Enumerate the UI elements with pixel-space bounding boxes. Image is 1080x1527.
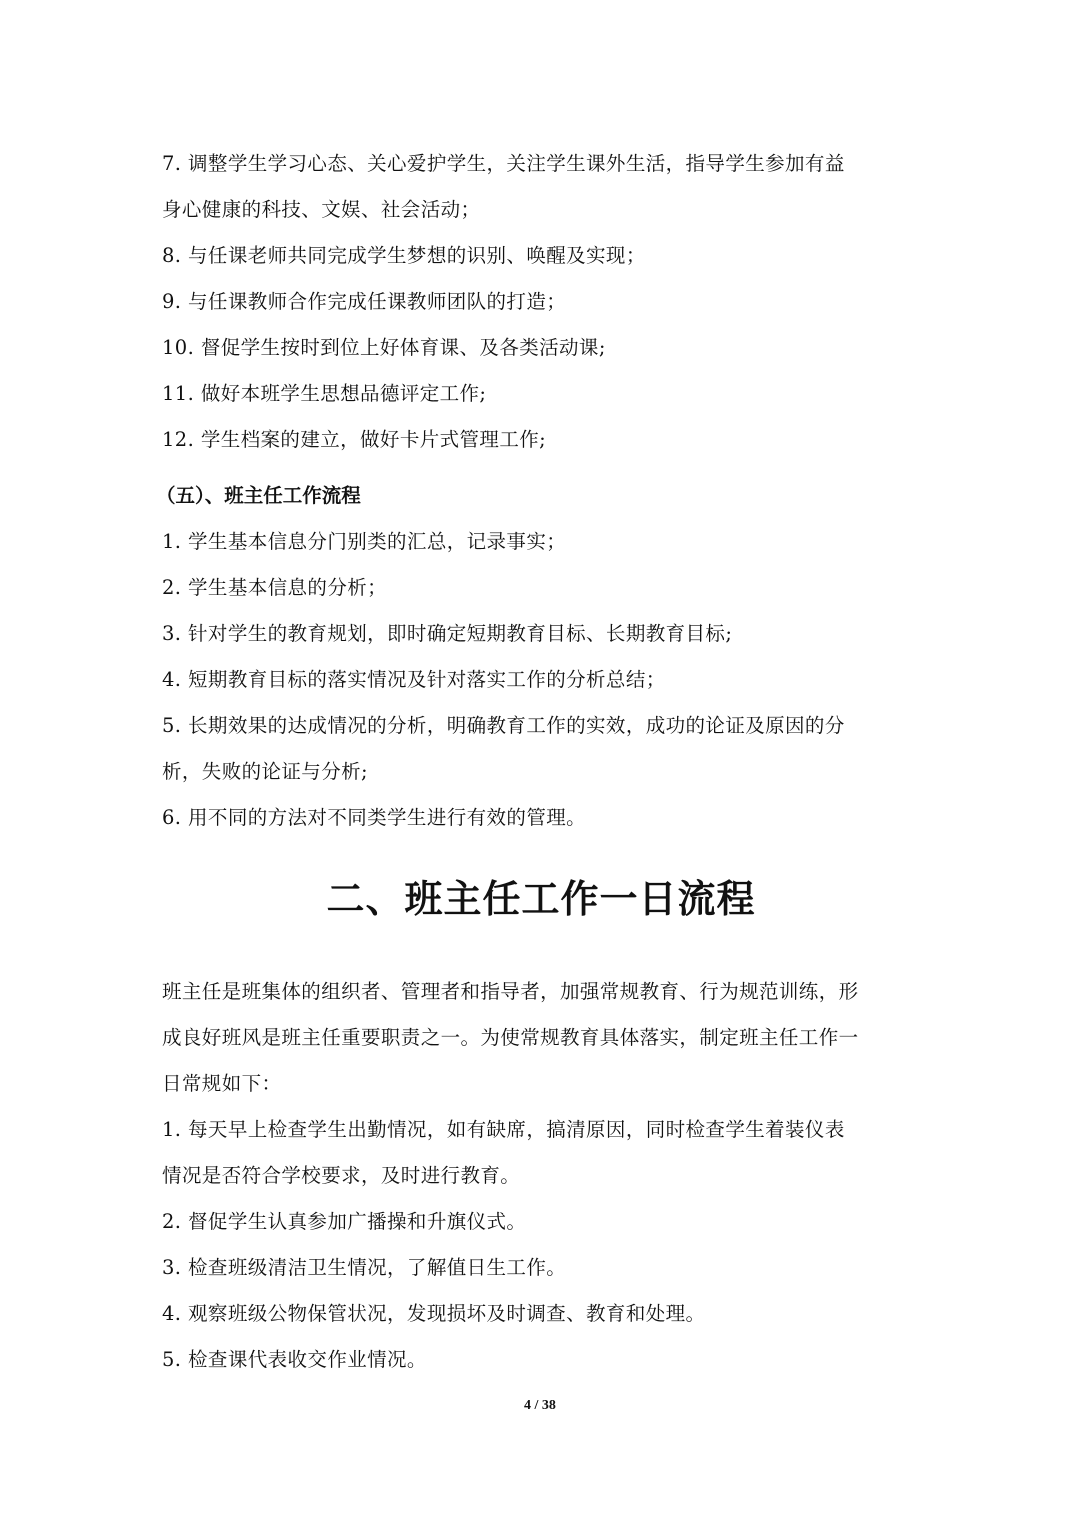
list-item: 2. 督促学生认真参加广播操和升旗仪式。: [162, 1199, 920, 1245]
paragraph-line: 成良好班风是班主任重要职责之一。为使常规教育具体落实，制定班主任工作一: [162, 1015, 920, 1061]
item-number: 9.: [162, 290, 181, 313]
item-number: 8.: [162, 244, 181, 267]
item-text: 检查课代表收交作业情况。: [188, 1348, 427, 1371]
intro-paragraph: 班主任是班集体的组织者、管理者和指导者，加强常规教育、行为规范训练，形 成良好班…: [162, 969, 920, 1107]
list-item: 11. 做好本班学生思想品德评定工作;: [162, 371, 920, 417]
document-page: 7. 调整学生学习心态、关心爱护学生，关注学生课外生活，指导学生参加有益 身心健…: [0, 0, 1080, 1527]
item-number: 11.: [162, 382, 194, 405]
item-number: 2.: [162, 576, 181, 599]
daily-routine-list: 1. 每天早上检查学生出勤情况，如有缺席，搞清原因，同时检查学生着装仪表 情况是…: [162, 1107, 920, 1383]
list-item: 1. 每天早上检查学生出勤情况，如有缺席，搞清原因，同时检查学生着装仪表: [162, 1107, 920, 1153]
list-item: 7. 调整学生学习心态、关心爱护学生，关注学生课外生活，指导学生参加有益: [162, 141, 920, 187]
item-number: 12.: [162, 428, 194, 451]
item-number: 4.: [162, 1302, 181, 1325]
page-content: 7. 调整学生学习心态、关心爱护学生，关注学生课外生活，指导学生参加有益 身心健…: [162, 141, 920, 1383]
list-item: 5. 长期效果的达成情况的分析，明确教育工作的实效，成功的论证及原因的分: [162, 703, 920, 749]
list-item: 1. 学生基本信息分门别类的汇总，记录事实；: [162, 519, 920, 565]
list-item: 5. 检查课代表收交作业情况。: [162, 1337, 920, 1383]
item-number: 1.: [162, 530, 181, 553]
item-number: 6.: [162, 806, 181, 829]
list-item: 8. 与任课老师共同完成学生梦想的识别、唤醒及实现；: [162, 233, 920, 279]
item-number: 4.: [162, 668, 181, 691]
list-item: 12. 学生档案的建立，做好卡片式管理工作;: [162, 417, 920, 463]
chapter-heading: 二、班主任工作一日流程: [162, 869, 920, 929]
item-number: 3.: [162, 1256, 181, 1279]
item-text: 做好本班学生思想品德评定工作;: [201, 382, 487, 405]
paragraph-line: 班主任是班集体的组织者、管理者和指导者，加强常规教育、行为规范训练，形: [162, 969, 920, 1015]
item-number: 5.: [162, 1348, 181, 1371]
subsection-heading: （五）、班主任工作流程: [156, 473, 920, 519]
page-number: 4 / 38: [0, 1398, 1080, 1414]
item-number: 3.: [162, 622, 181, 645]
item-text: 每天早上检查学生出勤情况，如有缺席，搞清原因，同时检查学生着装仪表: [188, 1118, 845, 1141]
item-text: 学生基本信息的分析；: [188, 576, 387, 599]
item-text: 督促学生按时到位上好体育课、及各类活动课;: [201, 336, 606, 359]
list-item: 6. 用不同的方法对不同类学生进行有效的管理。: [162, 795, 920, 841]
item-text: 调整学生学习心态、关心爱护学生，关注学生课外生活，指导学生参加有益: [188, 152, 845, 175]
item-text: 用不同的方法对不同类学生进行有效的管理。: [188, 806, 586, 829]
list-item: 4. 短期教育目标的落实情况及针对落实工作的分析总结；: [162, 657, 920, 703]
paragraph-line: 日常规如下：: [162, 1061, 920, 1107]
item-text: 督促学生认真参加广播操和升旗仪式。: [188, 1210, 526, 1233]
list-item: 2. 学生基本信息的分析；: [162, 565, 920, 611]
item-text: 检查班级清洁卫生情况，了解值日生工作。: [188, 1256, 566, 1279]
item-text: 长期效果的达成情况的分析，明确教育工作的实效，成功的论证及原因的分: [188, 714, 845, 737]
list-item-continuation: 情况是否符合学校要求，及时进行教育。: [162, 1153, 920, 1199]
item-text: 与任课老师共同完成学生梦想的识别、唤醒及实现；: [188, 244, 646, 267]
item-number: 7.: [162, 152, 181, 175]
item-text: 针对学生的教育规划，即时确定短期教育目标、长期教育目标;: [188, 622, 732, 645]
list-item: 10. 督促学生按时到位上好体育课、及各类活动课;: [162, 325, 920, 371]
item-text: 与任课教师合作完成任课教师团队的打造；: [188, 290, 566, 313]
item-number: 2.: [162, 1210, 181, 1233]
list-item: 3. 检查班级清洁卫生情况，了解值日生工作。: [162, 1245, 920, 1291]
list-item-continuation: 析，失败的论证与分析;: [162, 749, 920, 795]
item-text: 学生基本信息分门别类的汇总，记录事实；: [188, 530, 566, 553]
item-text: 观察班级公物保管状况，发现损坏及时调查、教育和处理。: [188, 1302, 705, 1325]
list-item: 9. 与任课教师合作完成任课教师团队的打造；: [162, 279, 920, 325]
list-item: 4. 观察班级公物保管状况，发现损坏及时调查、教育和处理。: [162, 1291, 920, 1337]
item-number: 10.: [162, 336, 194, 359]
item-number: 5.: [162, 714, 181, 737]
item-number: 1.: [162, 1118, 181, 1141]
list-item: 3. 针对学生的教育规划，即时确定短期教育目标、长期教育目标;: [162, 611, 920, 657]
list-item-continuation: 身心健康的科技、文娱、社会活动；: [162, 187, 920, 233]
item-text: 学生档案的建立，做好卡片式管理工作;: [201, 428, 546, 451]
continued-duty-list: 7. 调整学生学习心态、关心爱护学生，关注学生课外生活，指导学生参加有益 身心健…: [162, 141, 920, 463]
item-text: 短期教育目标的落实情况及针对落实工作的分析总结；: [188, 668, 666, 691]
workflow-list: 1. 学生基本信息分门别类的汇总，记录事实； 2. 学生基本信息的分析； 3. …: [162, 519, 920, 841]
